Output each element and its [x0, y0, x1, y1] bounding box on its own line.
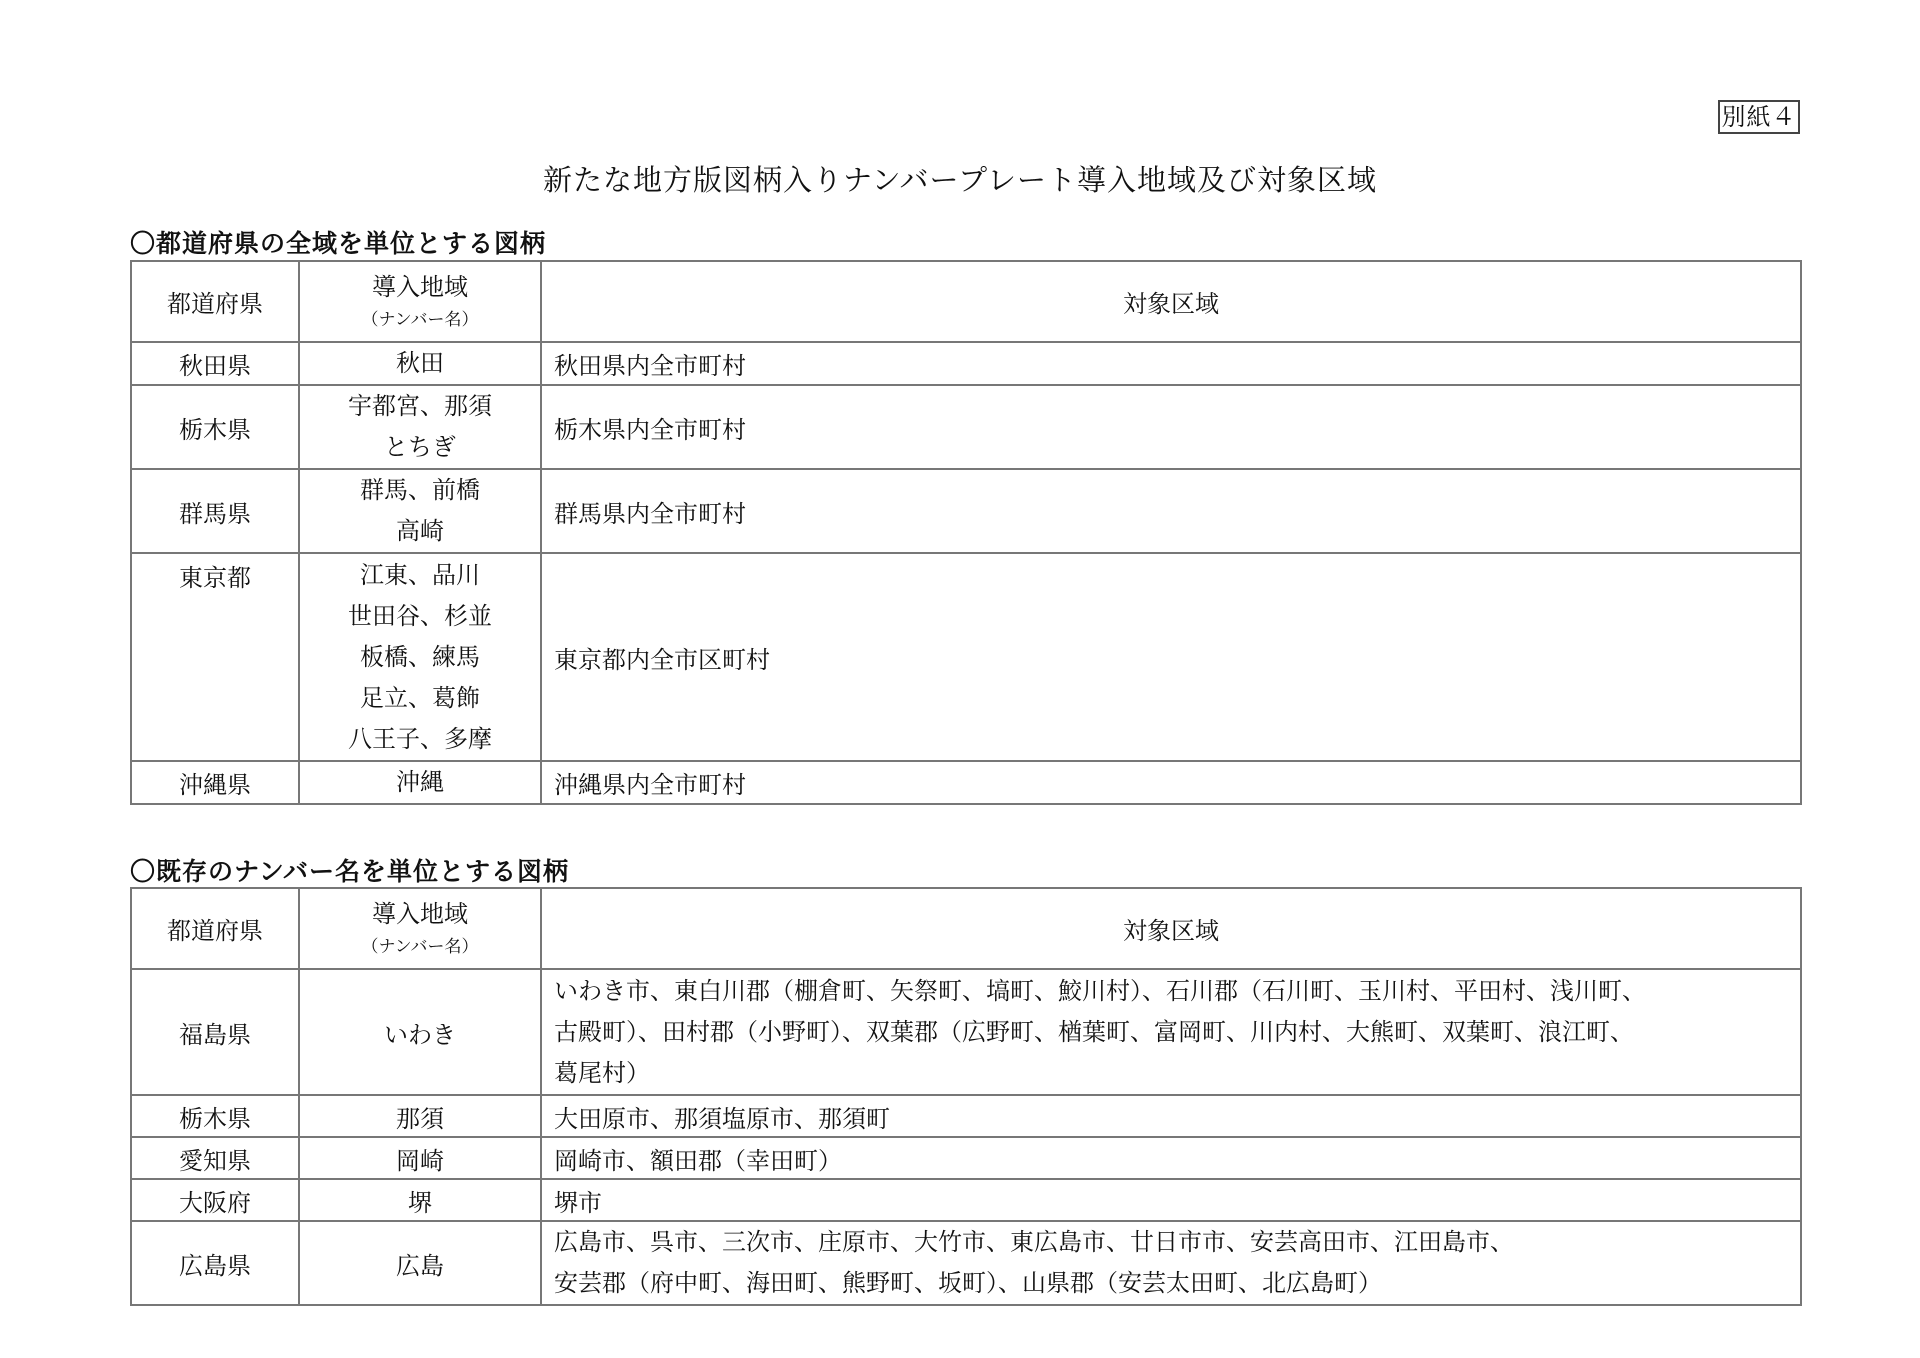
header-area-sublabel: （ナンバー名）: [300, 932, 540, 962]
header-area-label: 導入地域: [300, 896, 540, 932]
area-line: 沖縄: [300, 762, 540, 803]
header-area-label: 導入地域: [300, 269, 540, 305]
target-line: 葛尾村）: [554, 1053, 1790, 1094]
area-cell: 江東、品川 世田谷、杉並 板橋、練馬 足立、葛飾 八王子、多摩: [299, 553, 541, 761]
target-cell: 広島市、呉市、三次市、庄原市、大竹市、東広島市、廿日市市、安芸高田市、江田島市、…: [541, 1221, 1801, 1305]
prefecture-cell: 福島県: [131, 969, 299, 1095]
annex-label: 別紙４: [1718, 100, 1800, 134]
header-target: 対象区域: [541, 888, 1801, 969]
prefecture-cell: 広島県: [131, 1221, 299, 1305]
area-line: 宇都宮、那須: [300, 386, 540, 427]
area-line: 高崎: [300, 511, 540, 552]
target-cell: 秋田県内全市町村: [541, 342, 1801, 385]
prefecture-cell: 大阪府: [131, 1179, 299, 1221]
header-area: 導入地域 （ナンバー名）: [299, 888, 541, 969]
prefecture-wide-table: 都道府県 導入地域 （ナンバー名） 対象区域 秋田県 秋田 秋田県内全市町村 栃…: [130, 260, 1802, 805]
prefecture-cell: 栃木県: [131, 385, 299, 469]
area-cell: いわき: [299, 969, 541, 1095]
area-cell: 群馬、前橋 高崎: [299, 469, 541, 553]
target-cell: 群馬県内全市町村: [541, 469, 1801, 553]
area-cell: 堺: [299, 1179, 541, 1221]
area-cell: 沖縄: [299, 761, 541, 804]
prefecture-cell: 沖縄県: [131, 761, 299, 804]
area-line: 群馬、前橋: [300, 470, 540, 511]
area-line: 江東、品川: [300, 555, 540, 596]
target-cell: 沖縄県内全市町村: [541, 761, 1801, 804]
table-row: 栃木県 那須 大田原市、那須塩原市、那須町: [131, 1095, 1801, 1137]
target-cell: 栃木県内全市町村: [541, 385, 1801, 469]
target-cell: 堺市: [541, 1179, 1801, 1221]
area-line: 世田谷、杉並: [300, 596, 540, 637]
area-cell: 那須: [299, 1095, 541, 1137]
area-line: 八王子、多摩: [300, 719, 540, 760]
target-cell: 大田原市、那須塩原市、那須町: [541, 1095, 1801, 1137]
area-cell: 秋田: [299, 342, 541, 385]
header-area-sublabel: （ナンバー名）: [300, 305, 540, 335]
prefecture-cell: 愛知県: [131, 1137, 299, 1179]
target-line: 安芸郡（府中町、海田町、熊野町、坂町）、山県郡（安芸太田町、北広島町）: [554, 1263, 1790, 1304]
area-line: とちぎ: [300, 427, 540, 468]
existing-number-table: 都道府県 導入地域 （ナンバー名） 対象区域 福島県 いわき いわき市、東白川郡…: [130, 887, 1802, 1306]
area-line: 秋田: [300, 343, 540, 384]
table-row: 福島県 いわき いわき市、東白川郡（棚倉町、矢祭町、塙町、鮫川村）、石川郡（石川…: [131, 969, 1801, 1095]
prefecture-cell: 群馬県: [131, 469, 299, 553]
prefecture-cell: 栃木県: [131, 1095, 299, 1137]
table-row: 広島県 広島 広島市、呉市、三次市、庄原市、大竹市、東広島市、廿日市市、安芸高田…: [131, 1221, 1801, 1305]
target-cell: いわき市、東白川郡（棚倉町、矢祭町、塙町、鮫川村）、石川郡（石川町、玉川村、平田…: [541, 969, 1801, 1095]
target-cell: 東京都内全市区町村: [541, 553, 1801, 761]
table-header-row: 都道府県 導入地域 （ナンバー名） 対象区域: [131, 261, 1801, 342]
prefecture-cell: 秋田県: [131, 342, 299, 385]
area-line: 板橋、練馬: [300, 637, 540, 678]
table-row: 群馬県 群馬、前橋 高崎 群馬県内全市町村: [131, 469, 1801, 553]
header-prefecture: 都道府県: [131, 888, 299, 969]
table-row: 愛知県 岡崎 岡崎市、額田郡（幸田町）: [131, 1137, 1801, 1179]
target-line: 古殿町）、田村郡（小野町）、双葉郡（広野町、楢葉町、富岡町、川内村、大熊町、双葉…: [554, 1012, 1790, 1053]
table-row: 東京都 江東、品川 世田谷、杉並 板橋、練馬 足立、葛飾 八王子、多摩 東京都内…: [131, 553, 1801, 761]
document-title: 新たな地方版図柄入りナンバープレート導入地域及び対象区域: [0, 158, 1920, 199]
header-prefecture: 都道府県: [131, 261, 299, 342]
table-row: 大阪府 堺 堺市: [131, 1179, 1801, 1221]
target-line: いわき市、東白川郡（棚倉町、矢祭町、塙町、鮫川村）、石川郡（石川町、玉川村、平田…: [554, 971, 1790, 1012]
prefecture-cell: 東京都: [131, 553, 299, 761]
area-cell: 広島: [299, 1221, 541, 1305]
table-row: 栃木県 宇都宮、那須 とちぎ 栃木県内全市町村: [131, 385, 1801, 469]
header-target: 対象区域: [541, 261, 1801, 342]
target-line: 広島市、呉市、三次市、庄原市、大竹市、東広島市、廿日市市、安芸高田市、江田島市、: [554, 1222, 1790, 1263]
target-cell: 岡崎市、額田郡（幸田町）: [541, 1137, 1801, 1179]
area-cell: 岡崎: [299, 1137, 541, 1179]
table-row: 沖縄県 沖縄 沖縄県内全市町村: [131, 761, 1801, 804]
header-area: 導入地域 （ナンバー名）: [299, 261, 541, 342]
area-line: 足立、葛飾: [300, 678, 540, 719]
prefecture-label: 東京都: [132, 558, 298, 599]
section-heading-existing-number: 〇既存のナンバー名を単位とする図柄: [130, 852, 569, 888]
table-row: 秋田県 秋田 秋田県内全市町村: [131, 342, 1801, 385]
section-heading-prefecture-wide: 〇都道府県の全域を単位とする図柄: [130, 224, 546, 260]
table-header-row: 都道府県 導入地域 （ナンバー名） 対象区域: [131, 888, 1801, 969]
area-cell: 宇都宮、那須 とちぎ: [299, 385, 541, 469]
